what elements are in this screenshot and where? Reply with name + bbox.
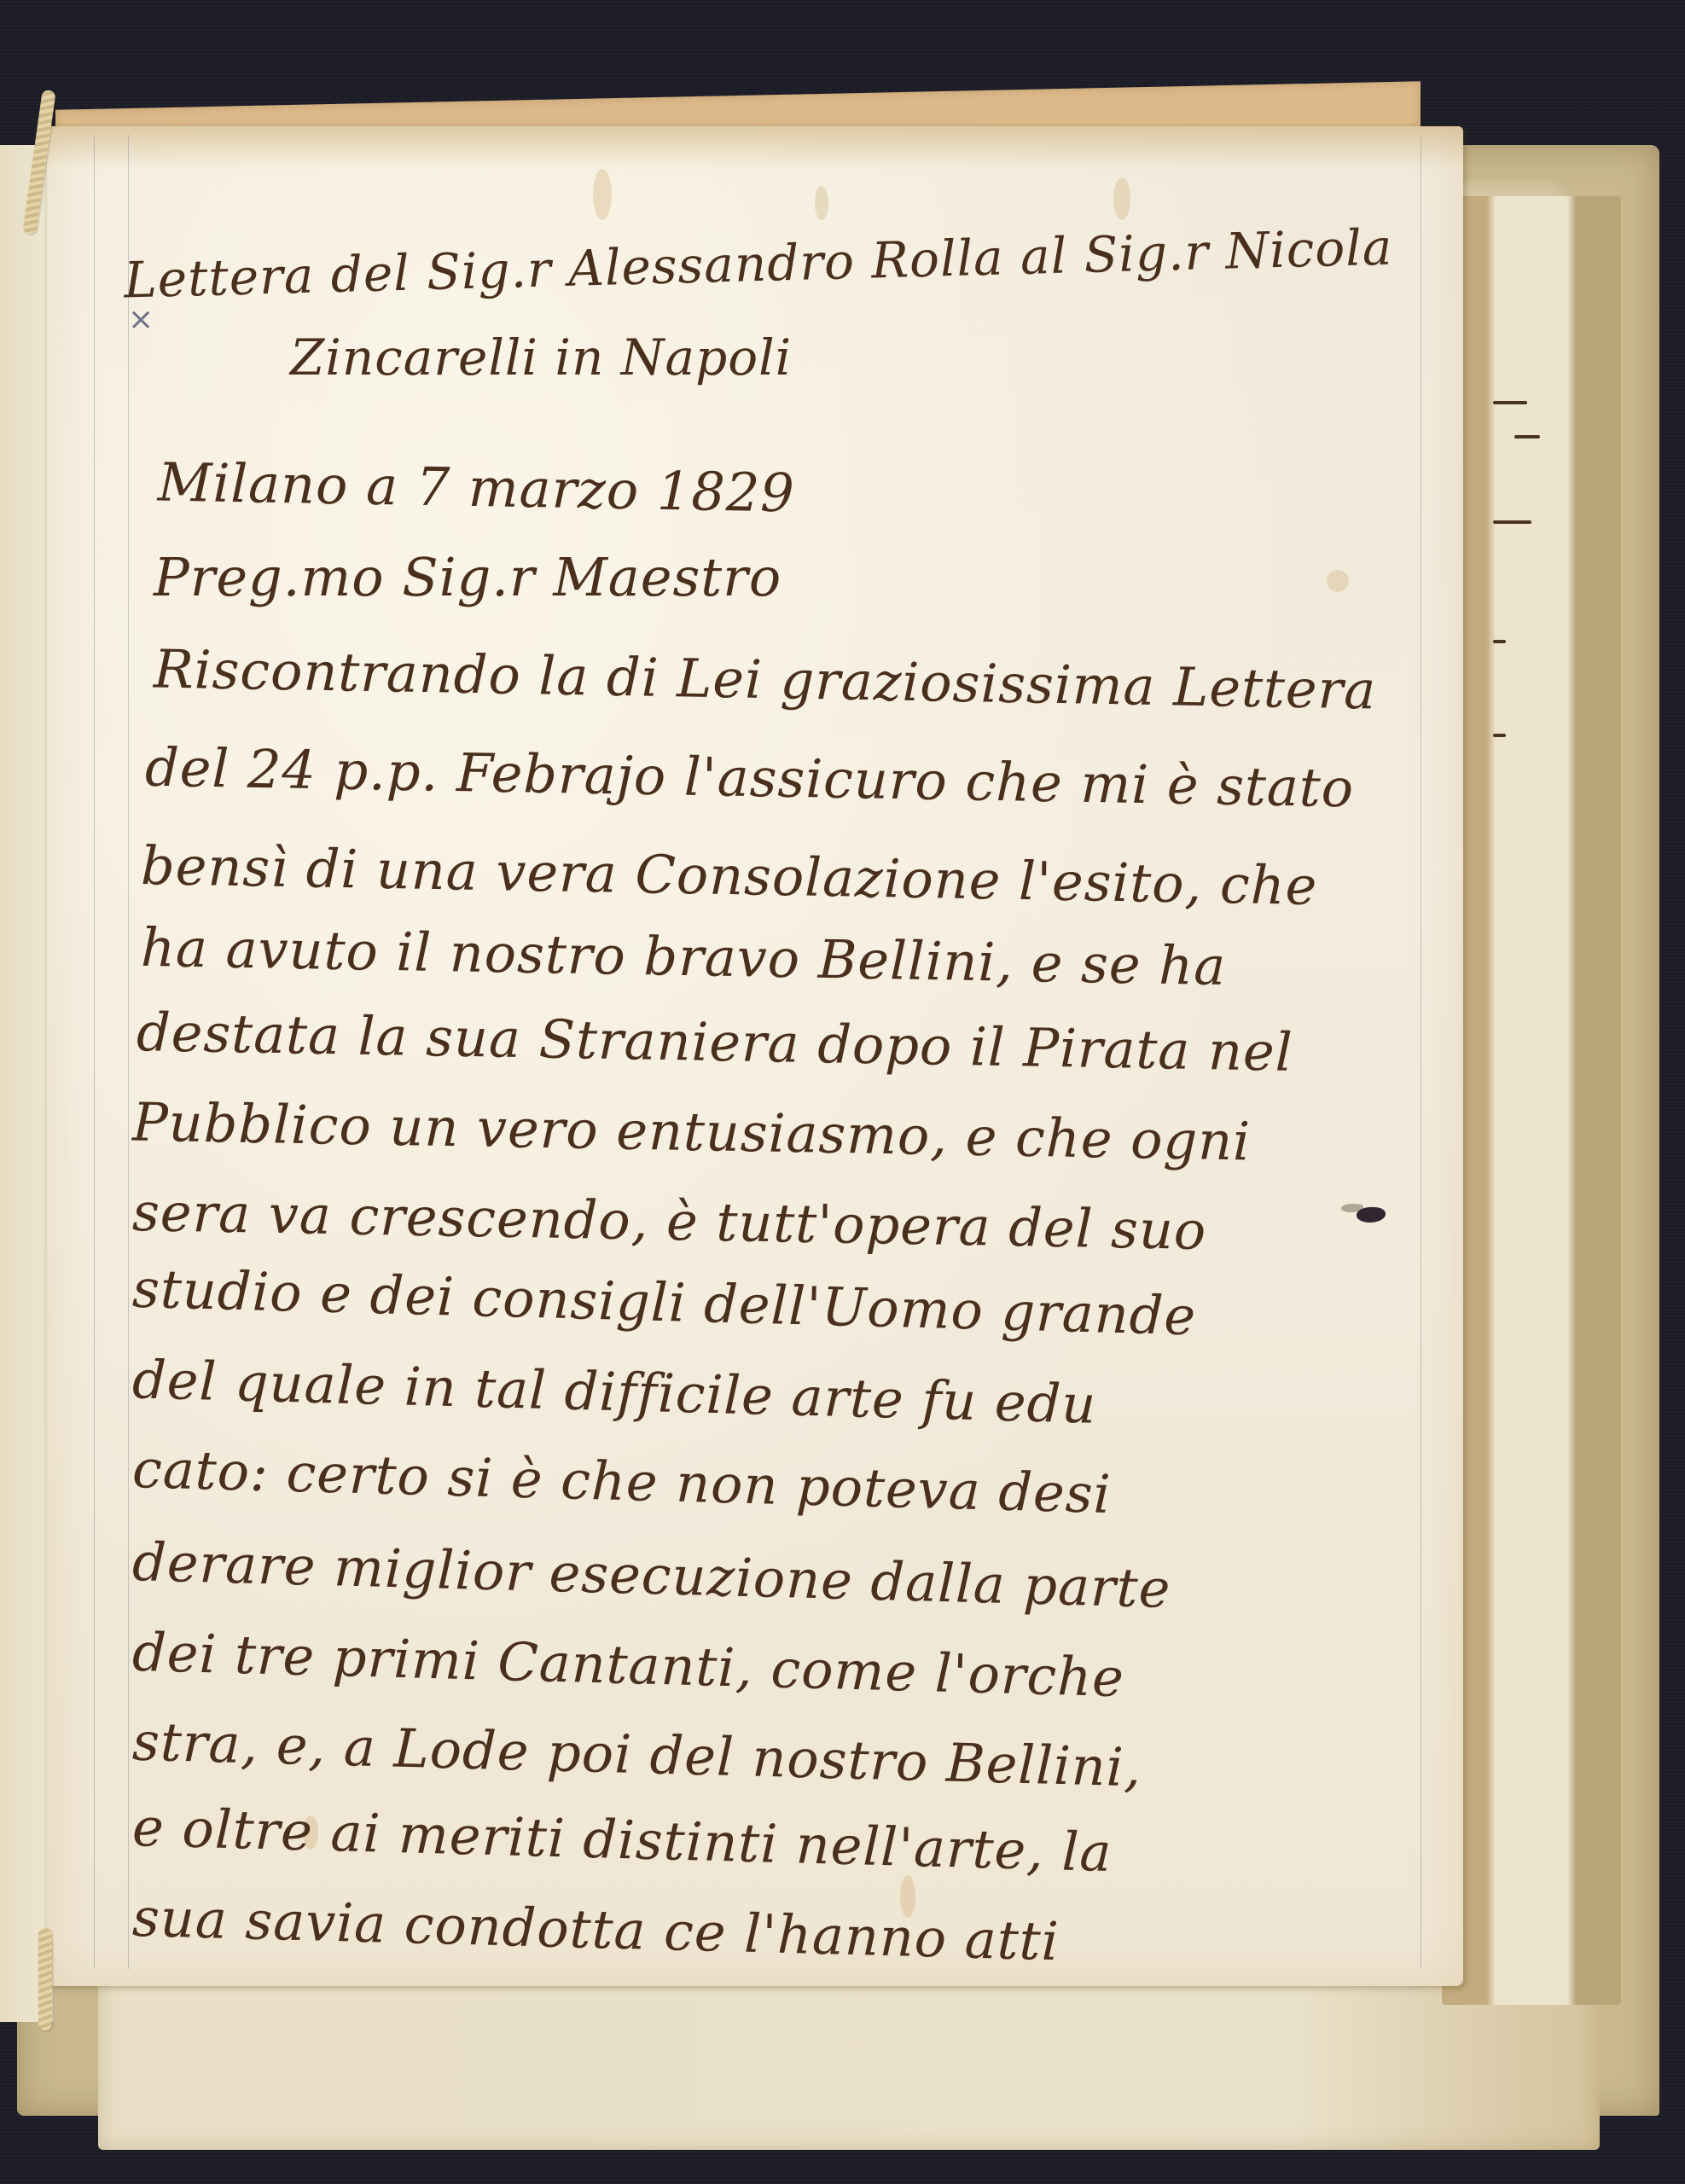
pencil-x-mark: × [128,307,162,333]
ink-stroke [1493,520,1531,524]
margin-rule [94,135,95,1969]
foxing-stain [593,169,612,220]
dateline: Milano a 7 marzo 1829 [157,450,795,524]
salutation: Preg.mo Sig.r Maestro [154,546,781,608]
letter-heading-line-2: Zincarelli in Napoli [290,328,792,386]
ink-stroke [1493,401,1527,404]
binding-thread [38,1928,52,2030]
foxing-stain [815,186,828,220]
margin-rule [1421,135,1421,1969]
foxing-stain [1113,177,1130,220]
underlying-pages-edge [1442,196,1621,2005]
ink-stroke [1493,734,1506,737]
margin-rule [128,135,129,1969]
foxing-stain [1327,570,1349,592]
ink-stroke [1514,435,1540,439]
ink-stroke [1493,640,1506,643]
